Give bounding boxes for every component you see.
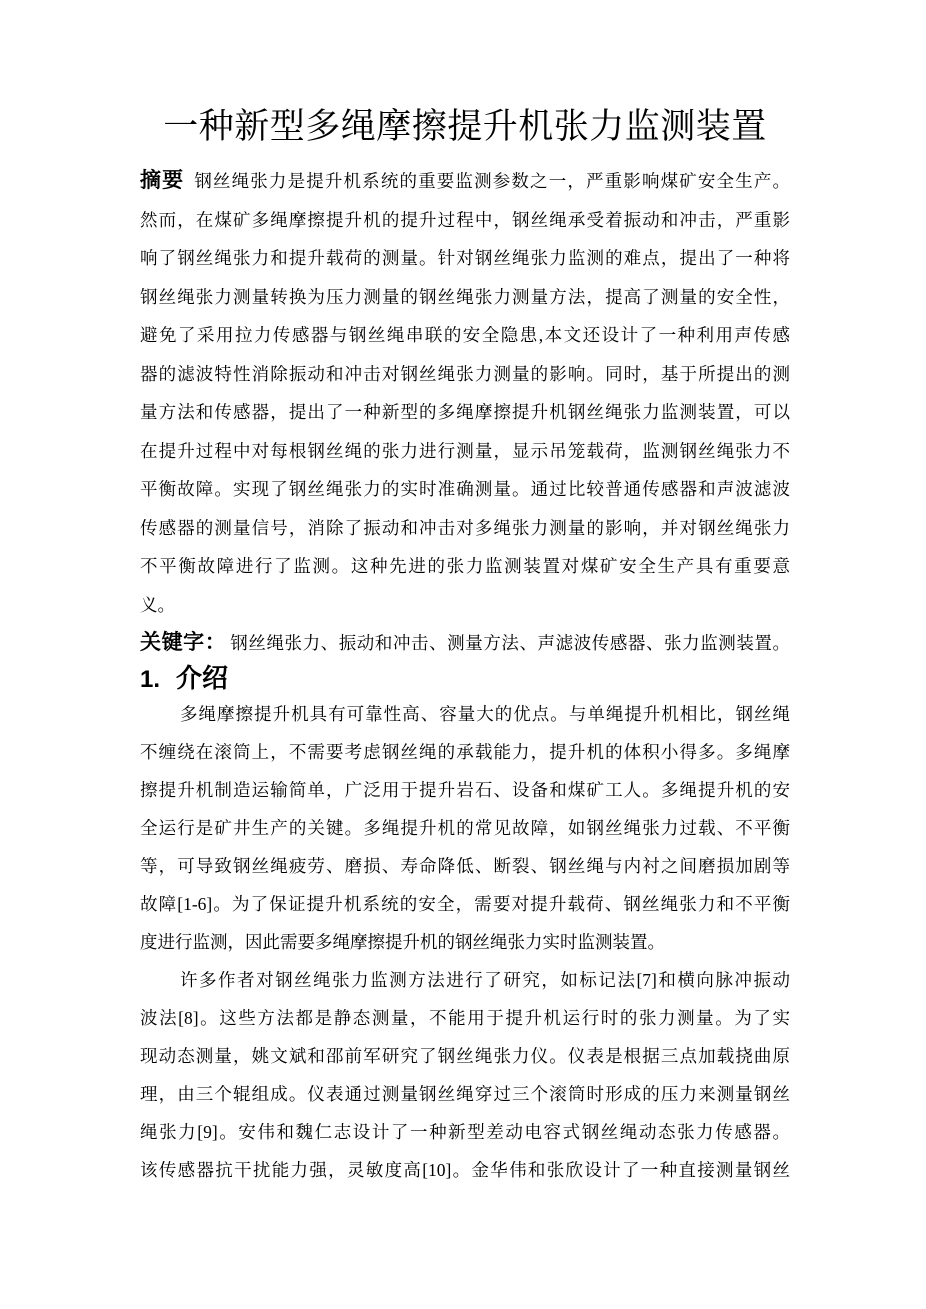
document-page: 一种新型多绳摩擦提升机张力监测装置 摘要钢丝绳张力是提升机系统的重要监测参数之一…	[0, 0, 926, 1309]
paper-title: 一种新型多绳摩擦提升机张力监测装置	[140, 104, 790, 150]
intro-line: 该传感器抗干扰能力强，灵敏度高[10]。金华伟和张欣设计了一种直接测量钢丝	[140, 1151, 790, 1189]
abstract-line: 义。	[140, 586, 790, 625]
abstract-line: 响了钢丝绳张力和提升载荷的测量。针对钢丝绳张力监测的难点，提出了一种将	[140, 239, 790, 278]
intro-line: 不缠绕在滚筒上，不需要考虑钢丝绳的承载能力，提升机的体积小得多。多绳摩	[140, 733, 790, 771]
abstract-line: 量方法和传感器，提出了一种新型的多绳摩擦提升机钢丝绳张力监测装置，可以	[140, 393, 790, 432]
abstract-line: 钢丝绳张力测量转换为压力测量的钢丝绳张力测量方法，提高了测量的安全性，	[140, 278, 790, 317]
keywords-line: 关键字：钢丝绳张力、振动和冲击、测量方法、声滤波传感器、张力监测装置。	[140, 624, 790, 663]
intro-line: 多绳摩擦提升机具有可靠性高、容量大的优点。与单绳提升机相比，钢丝绳	[140, 695, 790, 733]
intro-line: 度进行监测，因此需要多绳摩擦提升机的钢丝绳张力实时监测装置。	[140, 923, 790, 961]
intro-paragraph-2: 许多作者对钢丝绳张力监测方法进行了研究，如标记法[7]和横向脉冲振动波法[8]。…	[140, 961, 790, 1189]
intro-line: 理，由三个辊组成。仪表通过测量钢丝绳穿过三个滚筒时形成的压力来测量钢丝	[140, 1075, 790, 1113]
abstract-line: 然而，在煤矿多绳摩擦提升机的提升过程中，钢丝绳承受着振动和冲击，严重影	[140, 201, 790, 240]
intro-line: 擦提升机制造运输简单，广泛用于提升岩石、设备和煤矿工人。多绳提升机的安	[140, 771, 790, 809]
abstract-label: 摘要	[140, 169, 184, 192]
abstract-lines: 然而，在煤矿多绳摩擦提升机的提升过程中，钢丝绳承受着振动和冲击，严重影响了钢丝绳…	[140, 201, 790, 625]
intro-paragraph-1: 多绳摩擦提升机具有可靠性高、容量大的优点。与单绳提升机相比，钢丝绳不缠绕在滚筒上…	[140, 695, 790, 961]
abstract-first-line-text: 钢丝绳张力是提升机系统的重要监测参数之一，严重影响煤矿安全生产。	[194, 171, 790, 191]
intro-line: 波法[8]。这些方法都是静态测量，不能用于提升机运行时的张力测量。为了实	[140, 999, 790, 1037]
abstract-line: 在提升过程中对每根钢丝绳的张力进行测量，显示吊笼载荷，监测钢丝绳张力不	[140, 432, 790, 471]
abstract-line: 传感器的测量信号，消除了振动和冲击对多绳张力测量的影响，并对钢丝绳张力	[140, 509, 790, 548]
keywords-label: 关键字：	[140, 631, 226, 654]
intro-line: 绳张力[9]。安伟和魏仁志设计了一种新型差动电容式钢丝绳动态张力传感器。	[140, 1113, 790, 1151]
section-1-heading: 1.介绍	[140, 663, 790, 695]
abstract-first-line: 摘要钢丝绳张力是提升机系统的重要监测参数之一，严重影响煤矿安全生产。	[140, 162, 790, 201]
intro-paragraph-1-lines: 多绳摩擦提升机具有可靠性高、容量大的优点。与单绳提升机相比，钢丝绳不缠绕在滚筒上…	[140, 695, 790, 961]
abstract-line: 器的滤波特性消除振动和冲击对钢丝绳张力测量的影响。同时，基于所提出的测	[140, 355, 790, 394]
abstract-line: 平衡故障。实现了钢丝绳张力的实时准确测量。通过比较普通传感器和声波滤波	[140, 470, 790, 509]
intro-line: 现动态测量，姚文斌和邵前军研究了钢丝绳张力仪。仪表是根据三点加载挠曲原	[140, 1037, 790, 1075]
section-1-title: 介绍	[176, 663, 228, 693]
intro-line: 等，可导致钢丝绳疲劳、磨损、寿命降低、断裂、钢丝绳与内衬之间磨损加剧等	[140, 847, 790, 885]
abstract-line: 避免了采用拉力传感器与钢丝绳串联的安全隐患,本文还设计了一种利用声传感	[140, 316, 790, 355]
intro-line: 许多作者对钢丝绳张力监测方法进行了研究，如标记法[7]和横向脉冲振动	[140, 961, 790, 999]
keywords-text: 钢丝绳张力、振动和冲击、测量方法、声滤波传感器、张力监测装置。	[230, 633, 790, 653]
section-1-number: 1.	[140, 666, 160, 693]
intro-paragraph-2-lines: 许多作者对钢丝绳张力监测方法进行了研究，如标记法[7]和横向脉冲振动波法[8]。…	[140, 961, 790, 1189]
abstract-paragraph: 摘要钢丝绳张力是提升机系统的重要监测参数之一，严重影响煤矿安全生产。 然而，在煤…	[140, 162, 790, 624]
abstract-line: 不平衡故障进行了监测。这种先进的张力监测装置对煤矿安全生产具有重要意	[140, 547, 790, 586]
intro-line: 故障[1-6]。为了保证提升机系统的安全，需要对提升载荷、钢丝绳张力和不平衡	[140, 885, 790, 923]
intro-line: 全运行是矿井生产的关键。多绳提升机的常见故障，如钢丝绳张力过载、不平衡	[140, 809, 790, 847]
